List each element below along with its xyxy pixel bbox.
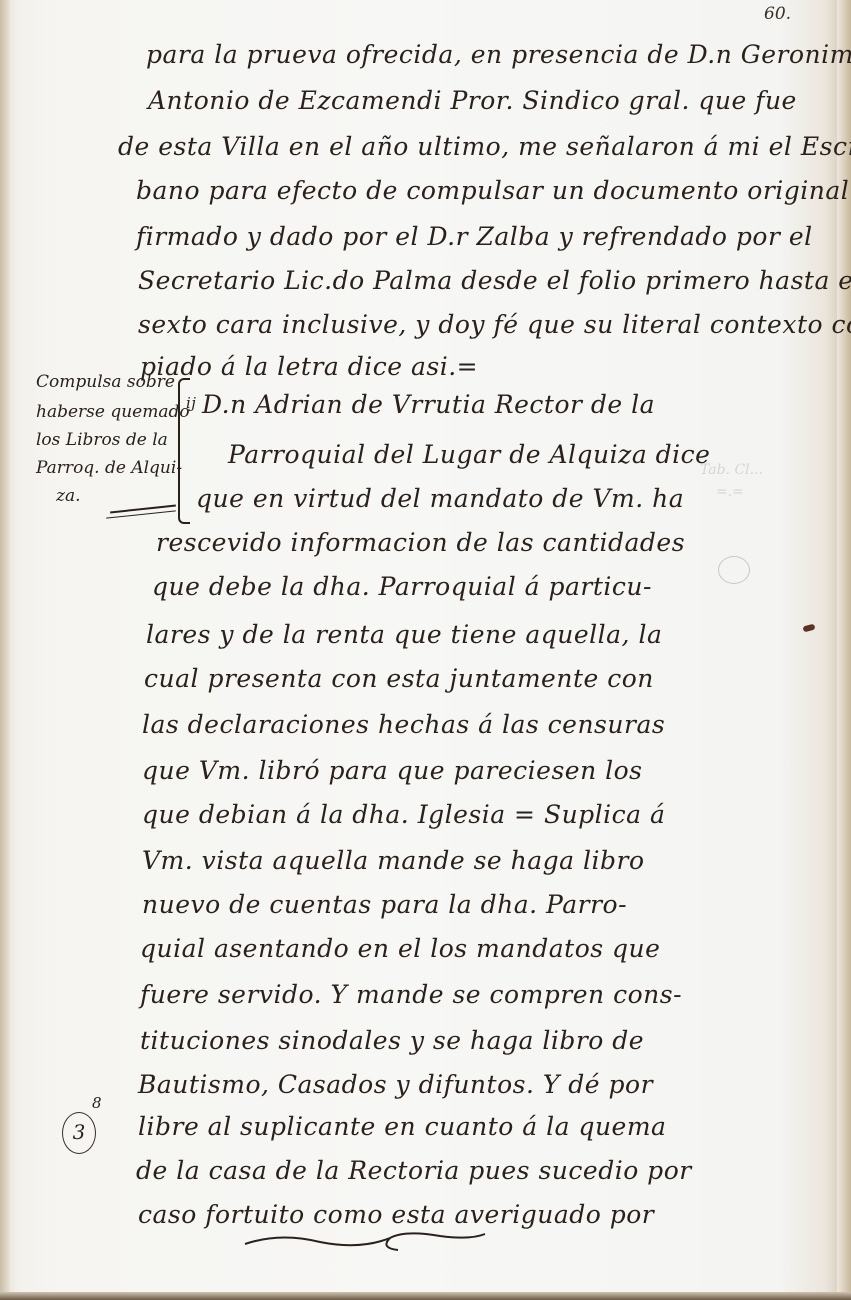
quoted-line: de la casa de la Rectoria pues sucedio p… xyxy=(136,1156,692,1185)
text-line: de esta Villa en el año ultimo, me señal… xyxy=(118,132,851,161)
quoted-line: lares y de la renta que tiene aquella, l… xyxy=(146,620,662,649)
text-line: sexto cara inclusive, y doy fé que su li… xyxy=(138,310,851,339)
folio-number: 60. xyxy=(764,4,791,24)
quoted-line: que en virtud del mandato de Vm. ha xyxy=(196,484,684,513)
text-line: piado á la letra dice asi.= xyxy=(140,352,478,381)
closing-flourish xyxy=(240,1228,490,1252)
margin-bracket xyxy=(178,378,190,524)
quoted-line: fuere servido. Y mande se compren cons- xyxy=(140,980,682,1009)
text-line: bano para efecto de compulsar un documen… xyxy=(136,176,849,205)
ink-spot xyxy=(802,624,815,633)
text-line: firmado y dado por el D.r Zalba y refren… xyxy=(136,222,813,251)
page-left-edge xyxy=(0,0,10,1300)
quoted-line: que debian á la dha. Iglesia = Suplica á xyxy=(142,800,665,829)
quoted-line: quial asentando en el los mandatos que xyxy=(140,934,660,963)
quoted-line: libre al suplicante en cuanto á la quema xyxy=(138,1112,666,1141)
circled-numeral-mark: 3 xyxy=(62,1112,96,1154)
text-line: Antonio de Ezcamendi Pror. Sindico gral.… xyxy=(148,86,797,115)
bleed-through-mark xyxy=(718,556,750,584)
margin-note-line: Parroq. de Alqui- xyxy=(36,458,182,478)
quoted-line: que Vm. libró para que pareciesen los xyxy=(142,756,643,785)
quoted-line: Bautismo, Casados y difuntos. Y dé por xyxy=(138,1070,653,1099)
circled-mark-superscript: 8 xyxy=(92,1094,102,1112)
quoted-line: tituciones sinodales y se haga libro de xyxy=(140,1026,644,1055)
page-bottom-edge xyxy=(0,1292,851,1300)
text-line: para la prueva ofrecida, en presencia de… xyxy=(146,40,851,69)
quoted-line: que debe la dha. Parroquial á particu- xyxy=(152,572,652,601)
margin-note-line: haberse quemado xyxy=(36,402,190,422)
margin-note-line: los Libros de la xyxy=(36,430,168,450)
quoted-line: rescevido informacion de las cantidades xyxy=(156,528,685,557)
margin-note-line: Compulsa sobre xyxy=(36,372,175,392)
quoted-line: Parroquial del Lugar de Alquiza dice xyxy=(228,440,710,469)
quoted-line: caso fortuito como esta averiguado por xyxy=(138,1200,654,1229)
quoted-line: nuevo de cuentas para la dha. Parro- xyxy=(142,890,627,919)
manuscript-page: Tab. Cl... =.= 60. para la prueva ofreci… xyxy=(0,0,851,1300)
text-line: Secretario Lic.do Palma desde el folio p… xyxy=(138,266,851,295)
quoted-line: D.n Adrian de Vrrutia Rector de la xyxy=(202,390,655,419)
quoted-line: cual presenta con esta juntamente con xyxy=(144,664,654,693)
bleed-through-text: =.= xyxy=(716,484,744,500)
quoted-line: Vm. vista aquella mande se haga libro xyxy=(142,846,645,875)
margin-note-line: za. xyxy=(56,486,81,506)
quoted-line: las declaraciones hechas á las censuras xyxy=(142,710,665,739)
